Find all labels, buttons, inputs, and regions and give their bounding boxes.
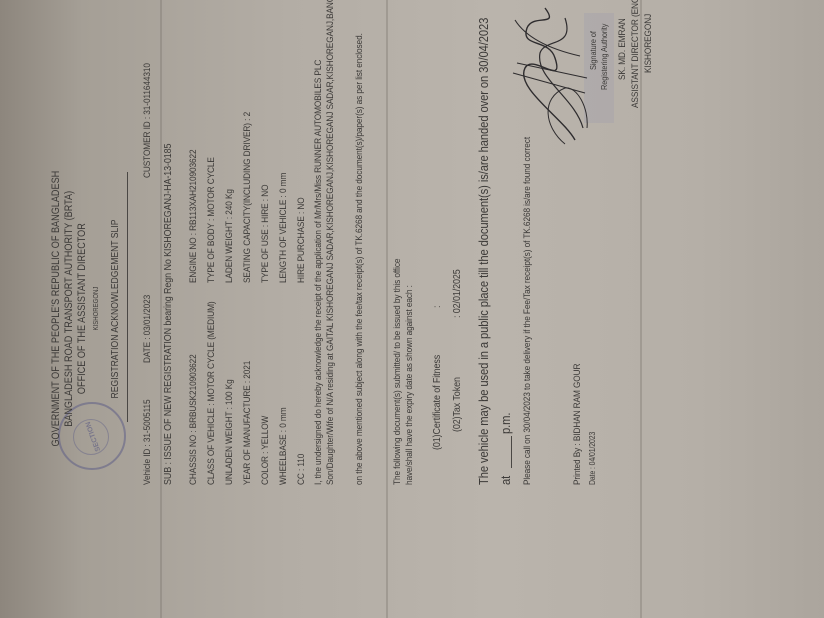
paper-fold-line [386,0,388,618]
detail-seating-capacity: SEATING CAPACITY(INCLUDING DRIVER) : 2 [242,112,253,283]
acknowledgement-line-3: on the above mentioned subject along wit… [354,33,365,485]
detail-color: COLOR : YELLOW [260,416,271,485]
detail-wheelbase: WHEELBASE : 0 mm [278,408,289,485]
detail-year-of-manufacture: YEAR OF MANUFACTURE : 2021 [242,361,253,485]
detail-chassis-no: CHASSIS NO : BRBUSK210903622 [188,354,199,485]
customer-id: CUSTOMER ID : 31-011644310 [142,63,153,178]
signatory-office: KISHOREGONJ [643,14,654,73]
vehicle-id: Vehicle ID : 31-5005115 [142,400,153,485]
header-office: OFFICE OF THE ASSISTANT DIRECTOR [76,0,88,618]
registration-acknowledgement-slip: SECTION GOVERNMENT OF THE PEOPLE'S REPUB… [0,0,824,618]
registering-authority-label: Registering Authority [599,24,609,90]
printed-by: Printed By : BIDHAN RAM GOUR [572,364,583,485]
delivery-note: Please call on 30/04/2023 to take delive… [522,137,533,485]
handover-statement: The vehicle may be used in a public plac… [476,18,491,485]
handover-time-blank [511,436,512,468]
subject-line: SUB : ISSUE OF NEW REGISTRATION bearing … [163,144,174,485]
header-government: GOVERNMENT OF THE PEOPLE'S REPUBLIC OF B… [50,0,62,618]
document-tax-token: (02)Tax Token [452,377,463,432]
detail-unladen-weight: UNLADEN WEIGHT : 100 Kg [224,379,235,485]
slip-title: REGISTRATION ACKNOWLEDGEMENT SLIP [110,0,121,618]
detail-hire-purchase: HIRE PURCHASE : NO [296,197,307,283]
document-certificate-of-fitness-expiry: : [432,306,443,308]
detail-engine-no: ENGINE NO : RB113XAH210903622 [188,149,199,283]
header-office-location: KISHOREGONJ [93,0,100,618]
handover-pm-label: p.m. [498,413,513,434]
handover-at-label: at [498,476,513,485]
detail-laden-weight: LADEN WEIGHT : 240 Kg [224,189,235,283]
signatory-name: SK. MD. EMRAN [617,18,628,80]
detail-length-of-vehicle: LENGTH OF VEHICLE : 0 mm [278,173,289,283]
acknowledgement-line-1: I, the undersigned do hereby acknowledge… [313,60,324,485]
detail-cc: CC : 110 [296,454,307,485]
detail-type-of-body: TYPE OF BODY : MOTOR CYCLE [206,157,217,283]
printed-date: Date : 04/01/2023 [588,432,597,485]
title-underline [127,172,128,422]
signatory-designation: ASSISTANT DIRECTOR (ENGG.) [630,0,641,108]
document-tax-token-expiry: : 02/01/2025 [452,269,463,318]
detail-class-of-vehicle: CLASS OF VEHICLE : MOTOR CYCLE (MEDIUM) [206,301,217,485]
paper-fold-line [160,0,162,618]
photo-background: ঠিকানা সহি বিবরণ নিবন্ধন ফিটনেস সহি ন বা… [0,0,824,618]
document-certificate-of-fitness: (01)Certificate of Fitness [432,355,443,450]
documents-intro-line-2: have/shall have the expiry date as shown… [404,285,415,485]
detail-type-of-use: TYPE OF USE : HIRE : NO [260,185,271,283]
slip-date: DATE : 03/01/2023 [142,295,153,363]
documents-intro-line-1: The following document(s) submitted/ to … [392,259,403,485]
header-authority: BANGLADESH ROAD TRANSPORT AUTHORITY (BRT… [63,0,75,618]
handwritten-signature [505,0,595,148]
acknowledgement-line-2: Son/Daughter/Wife of N/A residing at GAI… [325,0,336,485]
signature-of-label: Signature of [588,31,598,70]
